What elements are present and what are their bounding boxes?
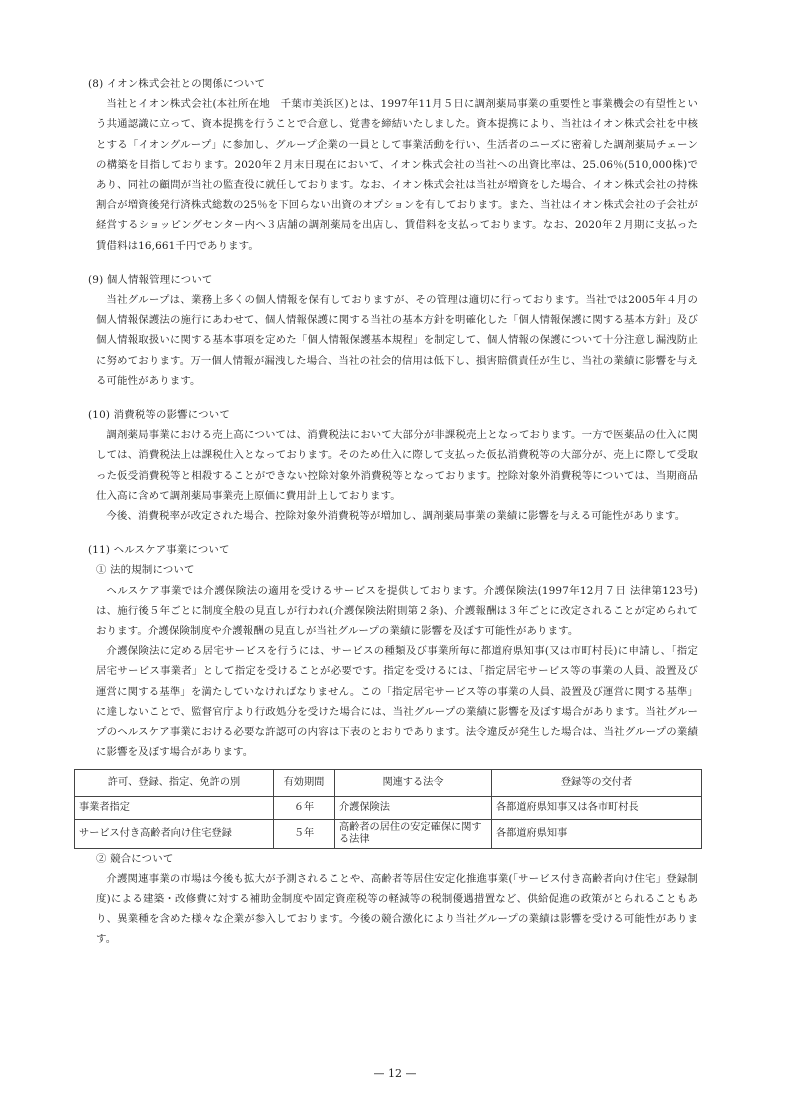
section-healthcare: (11) ヘルスケア事業について ① 法的規制について ヘルスケア事業では介護保… bbox=[88, 540, 698, 949]
table-cell: ５年 bbox=[274, 819, 335, 848]
paragraph: 介護関連事業の市場は今後も拡大が予測されることや、高齢者等居住安定化推進事業(「… bbox=[88, 869, 698, 950]
table-header-row: 許可、登録、指定、免許の別 有効期間 関連する法令 登録等の交付者 bbox=[75, 769, 702, 796]
table-row: 事業者指定 ６年 介護保険法 各都道府県知事又は各市町村長 bbox=[75, 796, 702, 819]
permits-table: 許可、登録、指定、免許の別 有効期間 関連する法令 登録等の交付者 事業者指定 … bbox=[74, 769, 702, 849]
section-personal-info: (9) 個人情報管理について 当社グループは、業務上多くの個人情報を保有しており… bbox=[88, 270, 698, 391]
column-header: 登録等の交付者 bbox=[492, 769, 702, 796]
table-row: サービス付き高齢者向け住宅登録 ５年 高齢者の居住の安定確保に関する法律 各都道… bbox=[75, 819, 702, 848]
section-heading: (8) イオン株式会社との関係について bbox=[88, 74, 698, 94]
column-header: 許可、登録、指定、免許の別 bbox=[75, 769, 274, 796]
page-number: — 12 — bbox=[0, 1067, 790, 1080]
table-cell: 各都道府県知事 bbox=[492, 819, 702, 848]
paragraph: 当社とイオン株式会社(本社所在地 千葉市美浜区)とは、1997年11月５日に調剤… bbox=[88, 94, 698, 256]
subsection-heading: ② 競合について bbox=[88, 849, 698, 869]
section-heading: (11) ヘルスケア事業について bbox=[88, 540, 698, 560]
table-cell: ６年 bbox=[274, 796, 335, 819]
column-header: 有効期間 bbox=[274, 769, 335, 796]
document-page: (8) イオン株式会社との関係について 当社とイオン株式会社(本社所在地 千葉市… bbox=[88, 74, 698, 950]
section-heading: (10) 消費税等の影響について bbox=[88, 405, 698, 425]
table-cell: 事業者指定 bbox=[75, 796, 274, 819]
paragraph: 今後、消費税率が改定された場合、控除対象外消費税等が増加し、調剤薬局事業の業績に… bbox=[88, 506, 698, 526]
section-heading: (9) 個人情報管理について bbox=[88, 270, 698, 290]
paragraph: 介護保険法に定める居宅サービスを行うには、サービスの種類及び事業所毎に都道府県知… bbox=[88, 641, 698, 762]
table-cell: 高齢者の居住の安定確保に関する法律 bbox=[335, 819, 492, 848]
table-cell: 各都道府県知事又は各市町村長 bbox=[492, 796, 702, 819]
paragraph: 調剤薬局事業における売上高については、消費税法において大部分が非課税売上となって… bbox=[88, 425, 698, 506]
subsection-heading: ① 法的規制について bbox=[88, 560, 698, 580]
section-aeon-relationship: (8) イオン株式会社との関係について 当社とイオン株式会社(本社所在地 千葉市… bbox=[88, 74, 698, 256]
paragraph: 当社グループは、業務上多くの個人情報を保有しておりますが、その管理は適切に行って… bbox=[88, 290, 698, 391]
table-cell: 介護保険法 bbox=[335, 796, 492, 819]
section-consumption-tax: (10) 消費税等の影響について 調剤薬局事業における売上高については、消費税法… bbox=[88, 405, 698, 526]
column-header: 関連する法令 bbox=[335, 769, 492, 796]
paragraph: ヘルスケア事業では介護保険法の適用を受けるサービスを提供しております。介護保険法… bbox=[88, 581, 698, 642]
table-cell: サービス付き高齢者向け住宅登録 bbox=[75, 819, 274, 848]
